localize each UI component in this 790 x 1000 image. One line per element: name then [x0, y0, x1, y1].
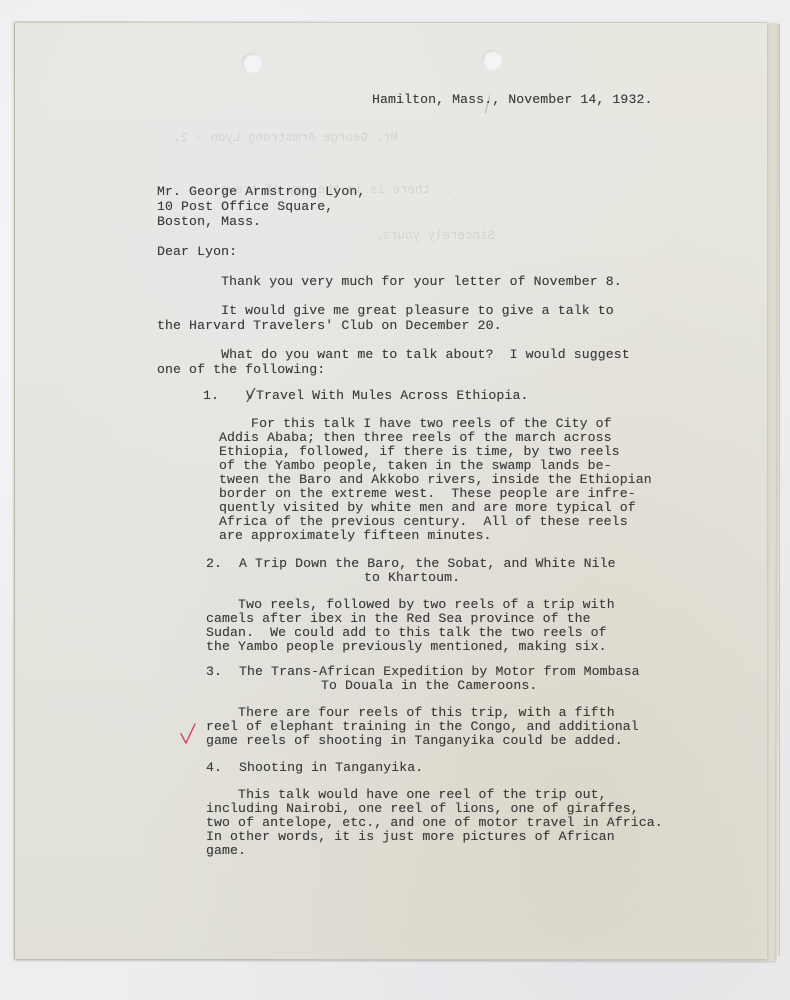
item-4-title: Shooting in Tanganyika. — [239, 761, 423, 776]
item-2-title-cont: to Khartoum. — [364, 571, 460, 586]
dateline: Hamilton, Mass., November 14, 1932. — [372, 93, 652, 108]
item-1-desc-line: are approximately fifteen minutes. — [219, 529, 491, 544]
item-1-number: 1. — [203, 389, 219, 404]
recipient-city: Boston, Mass. — [157, 215, 261, 230]
paragraph-2-line-2: the Harvard Travelers' Club on December … — [157, 319, 502, 334]
bleed-through-line-1: Mr. George Armstrong Lyon - 2. — [173, 131, 398, 145]
item-4-desc-line: game. — [206, 844, 246, 859]
punch-hole-left — [242, 53, 262, 73]
item-3-number: 3. — [206, 665, 222, 680]
item-1-title: Travel With Mules Across Ethiopia. — [256, 389, 528, 404]
salutation: Dear Lyon: — [157, 245, 237, 260]
paragraph-1: Thank you very much for your letter of N… — [157, 275, 622, 290]
item-2-number: 2. — [206, 557, 222, 572]
item-2-desc-line: the Yambo people previously mentioned, m… — [206, 640, 607, 655]
paragraph-2-line-1: It would give me great pleasure to give … — [157, 304, 614, 319]
recipient-street: 10 Post Office Square, — [157, 200, 333, 215]
item-3-desc-line: game reels of shooting in Tanganyika cou… — [206, 734, 623, 749]
bleed-through-line-3: Sincerely yours, — [375, 229, 495, 243]
recipient-name: Mr. George Armstrong Lyon, — [157, 185, 365, 200]
letter-page: Mr. George Armstrong Lyon - 2. ...there … — [14, 22, 767, 959]
paragraph-3-line-2: one of the following: — [157, 363, 325, 378]
item-3-title-cont: To Douala in the Cameroons. — [321, 679, 537, 694]
red-checkmark-icon — [180, 723, 196, 745]
item-4-desc-line: In other words, it is just more pictures… — [206, 830, 615, 845]
item-4-number: 4. — [206, 761, 222, 776]
paragraph-3-line-1: What do you want me to talk about? I wou… — [157, 348, 630, 363]
